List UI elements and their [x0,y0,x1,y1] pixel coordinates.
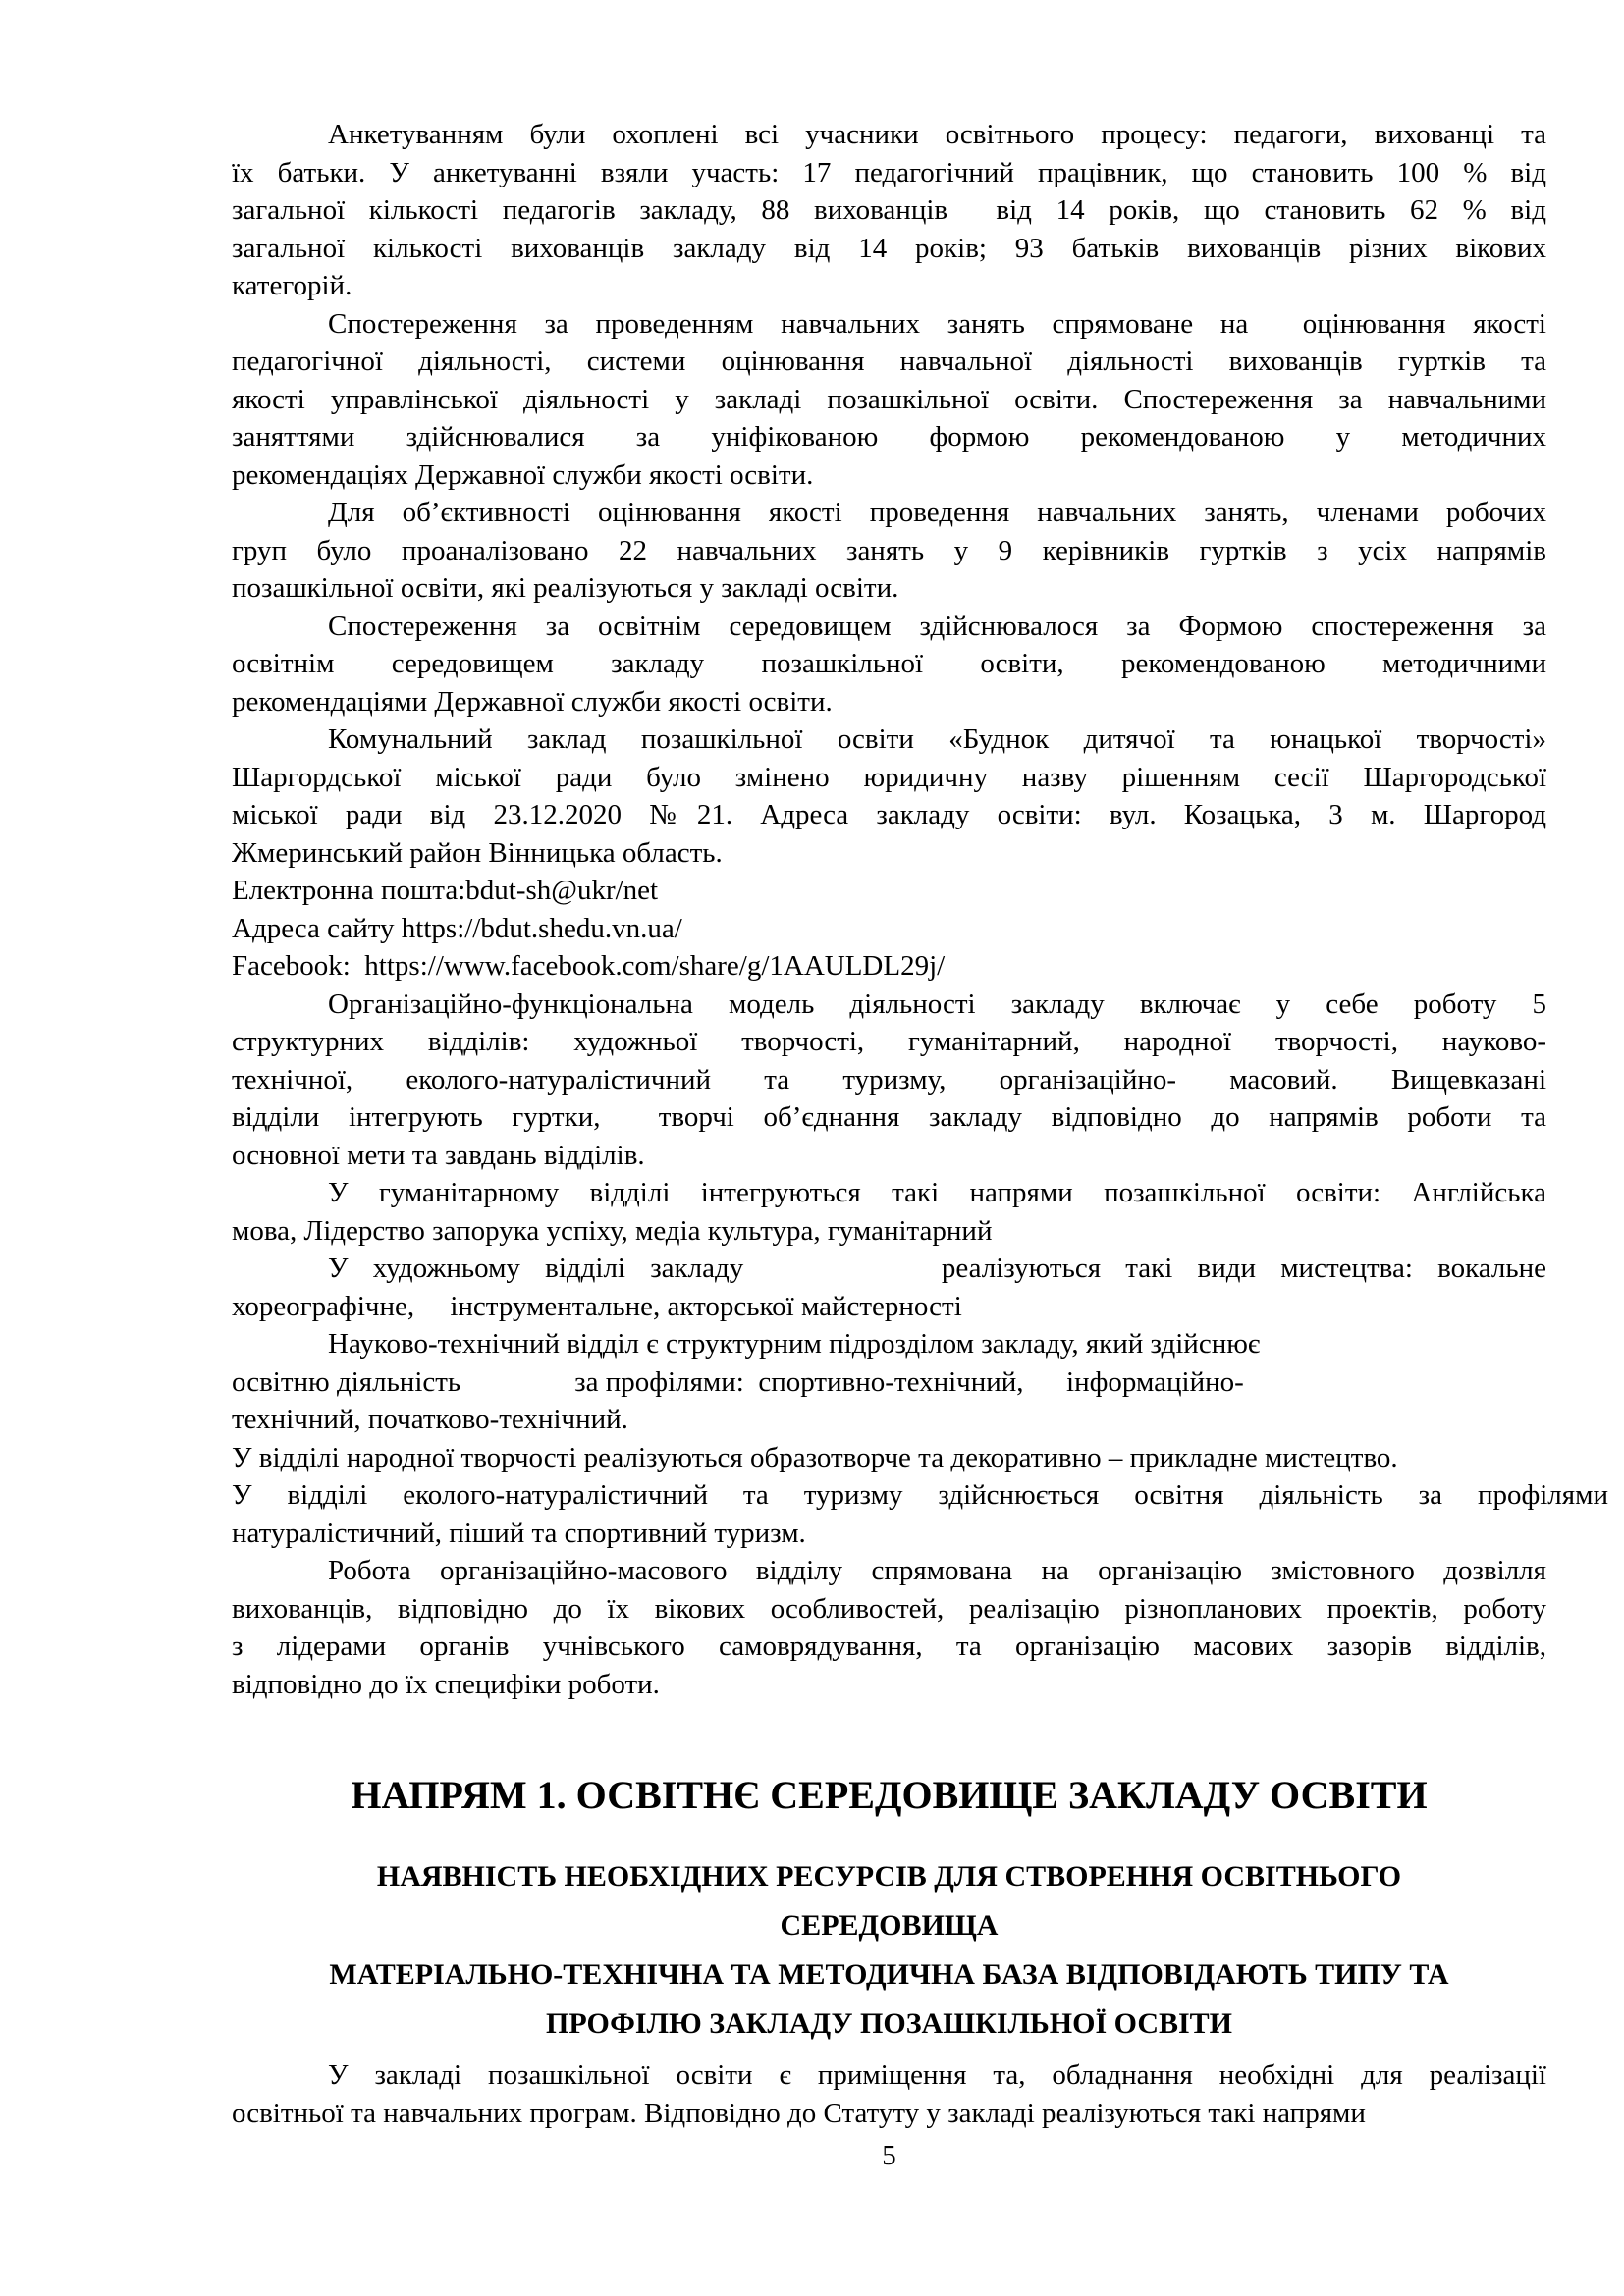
paragraph: Facebook: https://www.facebook.com/share… [232,947,1546,986]
text-line: хореографічне, інструментальне, акторськ… [232,1288,1546,1326]
text-line: міської ради від 23.12.2020 №21. Адреса … [232,796,1546,834]
subheading-line: ПРОФІЛЮ ЗАКЛАДУ ПОЗАШКІЛЬНОЇ ОСВІТИ [232,2000,1546,2049]
text-line: Анкетуванням були охоплені всі учасники … [232,116,1546,154]
paragraph: У гуманітарному відділі інтегруються так… [232,1174,1546,1250]
text-line: з лідерами органів учнівського самовряду… [232,1628,1546,1666]
text-line: відділи інтегрують гуртки, творчі об’єдн… [232,1098,1546,1137]
text-line: загальної кількості вихованців закладу в… [232,230,1546,268]
text-line: натуралістичний, піший та спортивний тур… [232,1515,1608,1553]
paragraph: Для об’єктивності оцінювання якості пров… [232,494,1546,608]
text-line: педагогічної діяльності, системи оцінюва… [232,343,1546,381]
text-line: загальної кількості педагогів закладу, 8… [232,191,1546,230]
text-line: технічний, початково-технічний. [232,1401,1546,1439]
text-line: Спостереження за освітнім середовищем зд… [232,608,1546,646]
text-line: Науково-технічний відділ є структурним п… [232,1325,1546,1363]
text-line: рекомендаціями Державної служби якості о… [232,683,1546,721]
paragraph: Комунальний заклад позашкільної освіти «… [232,721,1546,872]
section-heading: НАПРЯМ 1. ОСВІТНЄ СЕРЕДОВИЩЕ ЗАКЛАДУ ОСВ… [232,1772,1546,1819]
text-line: Електронна пошта:bdut-sh@ukr/net [232,872,1546,910]
paragraph: Адреса сайту https://bdut.shedu.vn.ua/ [232,910,1546,948]
paragraph: Робота організаційно-масового відділу сп… [232,1552,1546,1703]
paragraph: Науково-технічний відділ є структурним п… [232,1325,1546,1439]
text-line: мова, Лідерство запорука успіху, медіа к… [232,1212,1546,1251]
page-number: 5 [232,2137,1546,2175]
text-line: Для об’єктивності оцінювання якості пров… [232,494,1546,532]
text-line: їх батьки. У анкетуванні взяли участь: 1… [232,154,1546,192]
paragraph: У закладі позашкільної освіти є приміщен… [232,2056,1546,2132]
document-body: Анкетуванням були охоплені всі учасники … [232,116,1624,1703]
paragraph: Спостереження за освітнім середовищем зд… [232,608,1546,721]
text-line: У відділі народної творчості реалізуютьс… [232,1439,1546,1477]
text-line: Шаргордської міської ради було змінено ю… [232,759,1546,797]
text-line: Жмеринський район Вінницька область. [232,834,1546,873]
text-line: Адреса сайту https://bdut.shedu.vn.ua/ [232,910,1546,948]
text-line: У гуманітарному відділі інтегруються так… [232,1174,1546,1212]
text-line: Спостереження за проведенням навчальних … [232,305,1546,344]
text-line: груп було проаналізовано 22 навчальних з… [232,532,1546,570]
paragraph: Організаційно-функціональна модель діяль… [232,986,1546,1175]
text-line: освітньої та навчальних програм. Відпові… [232,2095,1546,2133]
text-line: Організаційно-функціональна модель діяль… [232,986,1546,1024]
subheading-line: НАЯВНІСТЬ НЕОБХІДНИХ РЕСУРСІВ ДЛЯ СТВОРЕ… [232,1852,1546,1901]
paragraph: Спостереження за проведенням навчальних … [232,305,1546,495]
text-line: освітню діяльність за профілями: спортив… [232,1363,1546,1402]
document-page: Анкетуванням були охоплені всі учасники … [0,0,1624,2296]
text-line: якості управлінської діяльності у заклад… [232,381,1546,419]
text-line: Facebook: https://www.facebook.com/share… [232,947,1546,986]
paragraph: У відділі народної творчості реалізуютьс… [232,1439,1546,1477]
paragraph: Анкетуванням були охоплені всі учасники … [232,116,1546,305]
text-line: структурних відділів: художньої творчост… [232,1023,1546,1061]
text-line: рекомендаціях Державної служби якості ос… [232,456,1546,495]
closing-paragraph: У закладі позашкільної освіти є приміщен… [232,2056,1624,2132]
subheading-block: НАЯВНІСТЬ НЕОБХІДНИХ РЕСУРСІВ ДЛЯ СТВОРЕ… [232,1852,1546,2049]
subheading-line: СЕРЕДОВИЩА [232,1901,1546,1950]
text-line: основної мети та завдань відділів. [232,1137,1546,1175]
text-line: заняттями здійснювалися за уніфікованою … [232,418,1546,456]
text-line: технічної, еколого-натуралістичний та ту… [232,1061,1546,1099]
subheading-line: МАТЕРІАЛЬНО-ТЕХНІЧНА ТА МЕТОДИЧНА БАЗА В… [232,1950,1546,2000]
text-line: У художньому відділі закладу реалізуютьс… [232,1250,1546,1288]
text-line: Комунальний заклад позашкільної освіти «… [232,721,1546,759]
text-line: Робота організаційно-масового відділу сп… [232,1552,1546,1590]
text-line: позашкільної освіти, які реалізуються у … [232,569,1546,608]
text-line: відповідно до їх специфіки роботи. [232,1666,1546,1704]
text-line: У закладі позашкільної освіти є приміщен… [232,2056,1546,2095]
paragraph: У художньому відділі закладу реалізуютьс… [232,1250,1546,1325]
text-line: вихованців, відповідно до їх вікових осо… [232,1590,1546,1629]
text-line: У відділі еколого-натуралістичний та тур… [232,1476,1608,1515]
text-line: категорій. [232,267,1546,305]
paragraph: У відділі еколого-натуралістичний та тур… [232,1476,1608,1552]
text-line: освітнім середовищем закладу позашкільно… [232,645,1546,683]
paragraph: Електронна пошта:bdut-sh@ukr/net [232,872,1546,910]
